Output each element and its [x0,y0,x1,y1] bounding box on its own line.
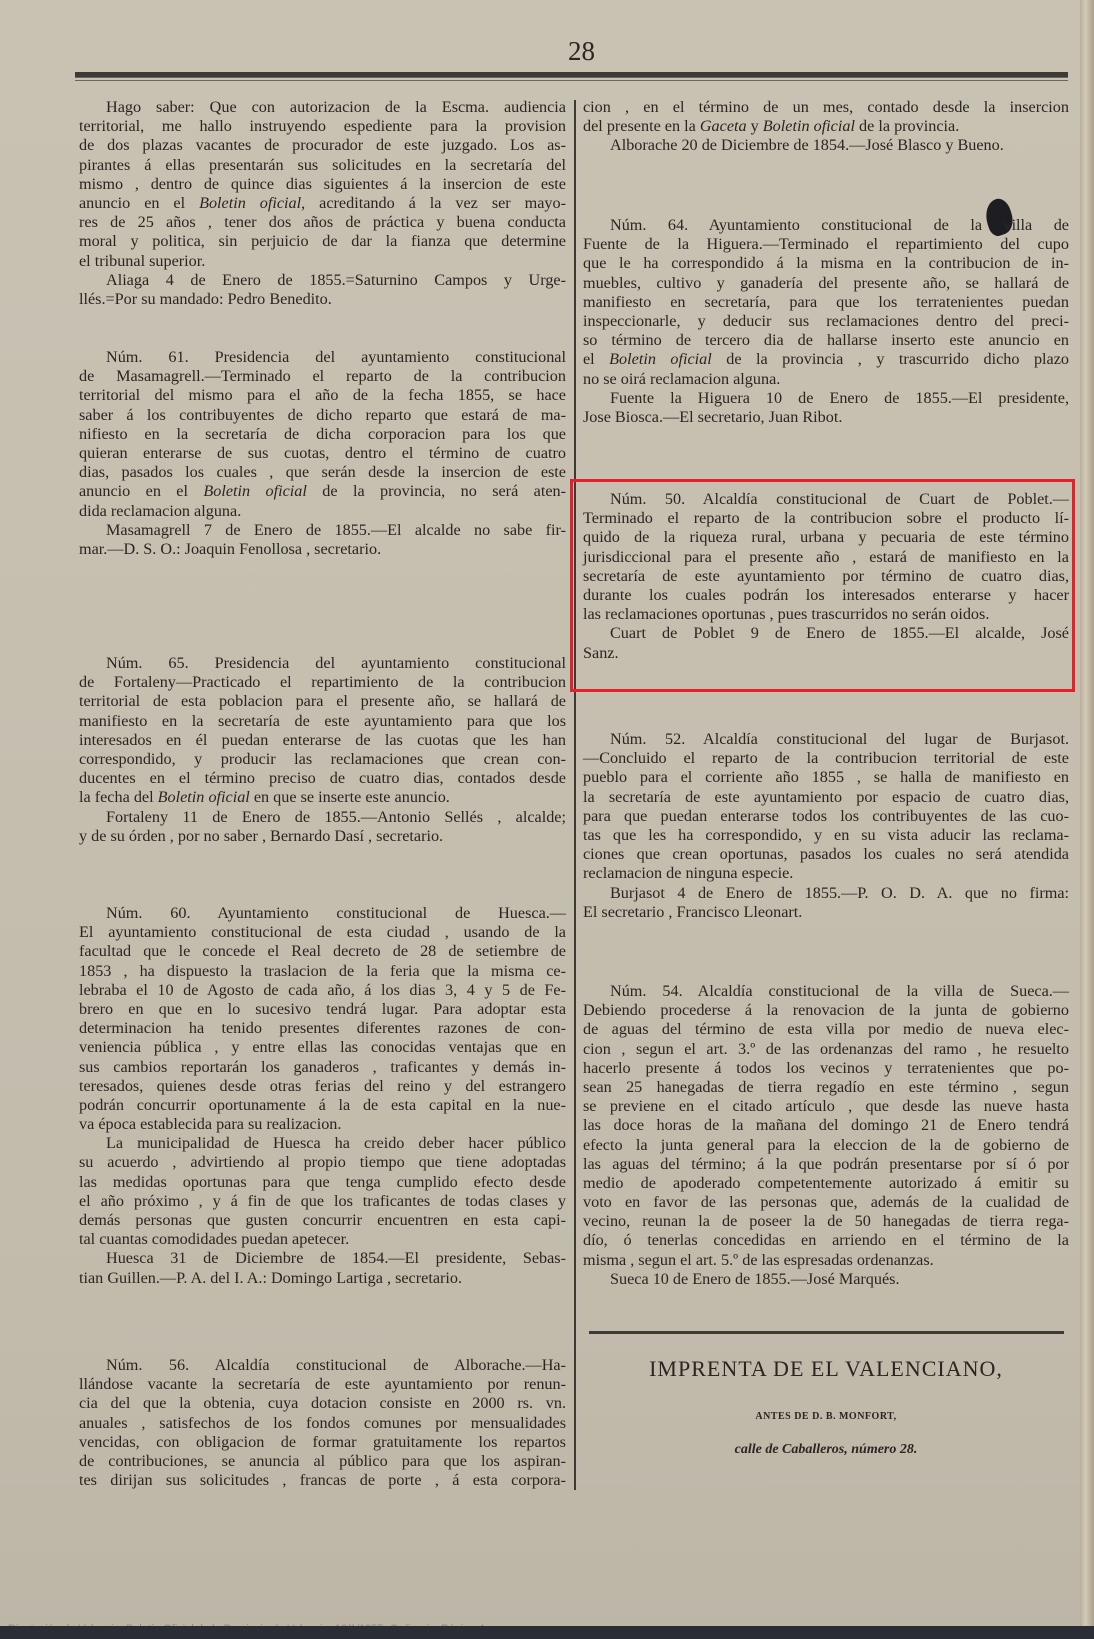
text-line: facultad que le concede el Real decreto … [79,942,566,961]
text-line: anuales , satisfechos de los fondos comu… [79,1414,566,1433]
text-line: veniencia pública , y entre ellas las co… [79,1038,566,1057]
imprint-rule [589,1331,1064,1334]
text-line: correspondido, y producir las reclamacio… [79,750,566,769]
text-line: territorial del mismo para el año de la … [79,386,566,405]
text-line: el año próximo , y á fin de que los traf… [79,1192,566,1211]
text-line: se previene en el citado artículo , que … [583,1097,1069,1116]
text-line: el Boletin oficial de la provincia , y t… [583,350,1069,369]
text-line: de Fortaleny—Practicado el repartimiento… [79,673,566,692]
text-line: de Masamagrell.—Terminado el reparto de … [79,367,566,386]
notice-aliaga: Hago saber: Que con autorizacion de la E… [79,98,566,309]
text-line: llándose vacante la secretaría de este a… [79,1375,566,1394]
text-line: sus cambios reportarán los ganaderos , t… [79,1058,566,1077]
text-line: vencidas, con obligacion de formar gratu… [79,1433,566,1452]
text-line: moral y politica, sin perjuicio de dar l… [79,232,566,251]
text-line: no se oirá reclamacion alguna. [583,370,1069,389]
text-line: medio de apoderado competentemente autor… [583,1174,1069,1193]
text-line: efecto la junta general para la eleccion… [583,1136,1069,1155]
text-line: Núm. 65. Presidencia del ayuntamiento co… [79,654,566,673]
text-line: misma , segun el art. 5.º de las espresa… [583,1251,1069,1270]
scan-bottom-edge [0,1626,1094,1639]
text-line: del presente en la Gaceta y Boletin ofic… [583,117,1069,136]
text-line: teresados, quienes desde otras ferias de… [79,1077,566,1096]
text-line: y de su órden , por no saber , Bernardo … [79,827,566,846]
text-line: demás personas que gusten concurrir encu… [79,1211,566,1230]
text-line: Núm. 61. Presidencia del ayuntamiento co… [79,348,566,367]
imprint-title: IMPRENTA DE EL VALENCIANO, [583,1356,1069,1382]
text-line: ciones que crean oportunas, pasados los … [583,845,1069,864]
text-line: Fuente de la Higuera.—Terminado el repar… [583,235,1069,254]
page-edge [1080,0,1094,1639]
column-divider [574,100,576,1490]
text-line: muebles, cultivo y ganadería del present… [583,274,1069,293]
text-line: territorial de esta poblacion para el pr… [79,692,566,711]
text-line: la fecha del Boletin oficial en que se i… [79,788,566,807]
text-line: —Concluido el reparto de la contribucion… [583,749,1069,768]
text-line: Fortaleny 11 de Enero de 1855.—Antonio S… [79,808,566,827]
text-line: Hago saber: Que con autorizacion de la E… [79,98,566,117]
text-line: 1853 , ha dispuesto la traslacion de la … [79,962,566,981]
text-line: Debiendo procederse á la renovacion de l… [583,1001,1069,1020]
text-line: anuncio en el Boletin oficial de la prov… [79,482,566,501]
text-line: las doce horas de la mañana del domingo … [583,1116,1069,1135]
text-line: hacerlo presente á todos los vecinos y t… [583,1059,1069,1078]
text-line: pueblo para el corriente año 1855 , se h… [583,768,1069,787]
text-line: las aguas del término; á la que podrán p… [583,1155,1069,1174]
text-line: Núm. 56. Alcaldía constitucional de Albo… [79,1356,566,1375]
text-line: de contribuciones, se anuncia al público… [79,1452,566,1471]
text-line: Sueca 10 de Enero de 1855.—José Marqués. [583,1270,1069,1289]
text-line: dias, pasados los cuales , que serán des… [79,463,566,482]
text-line: Fuente la Higuera 10 de Enero de 1855.—E… [583,389,1069,408]
text-line: para que puedan enterarse todos los cont… [583,807,1069,826]
text-line: quieran enterarse de sus cuotas, dentro … [79,444,566,463]
newspaper-page: 28 Hago saber: Que con autorizacion de l… [0,0,1094,1639]
notice-52: Núm. 52. Alcaldía constitucional del lug… [583,730,1069,922]
text-line: voto en favor de las personas que, ademá… [583,1193,1069,1212]
page-number: 28 [568,36,595,67]
text-line: determinacion ha tenido presentes difere… [79,1019,566,1038]
highlight-box [570,479,1075,692]
text-line: sean 25 hanegadas de tierra regadío en e… [583,1078,1069,1097]
text-line: Núm. 52. Alcaldía constitucional del lug… [583,730,1069,749]
text-line: cia del que la obtenia, cuya dotacion co… [79,1394,566,1413]
text-line: pirantes á ellas presentarán sus solicit… [79,156,566,175]
text-line: anuncio en el Boletin oficial, acreditan… [79,194,566,213]
text-line: de dos plazas vacantes de procurador de … [79,136,566,155]
text-line: tas que les ha correspondido, y en su vi… [583,826,1069,845]
text-line: lebraba el 10 de Agosto de cada año, á l… [79,981,566,1000]
text-line: Núm. 60. Ayuntamiento constitucional de … [79,904,566,923]
header-rule [75,72,1068,78]
text-line: dío, ó tenerlas concedidas en arriendo e… [583,1231,1069,1250]
text-line: res de 25 años , tener dos años de práct… [79,213,566,232]
imprint-address: calle de Caballeros, número 28. [583,1442,1069,1458]
imprint-subtitle: ANTES DE D. B. MONFORT, [583,1411,1069,1422]
text-line: dida reclamacion alguna. [79,502,566,521]
notice-54: Núm. 54. Alcaldía constitucional de la v… [583,982,1069,1289]
text-line: Núm. 54. Alcaldía constitucional de la v… [583,982,1069,1001]
text-line: podrán concurrir oportunamente á la de e… [79,1096,566,1115]
text-line: brero en que en lo sucesivo tendrá lugar… [79,1000,566,1019]
notice-65: Núm. 65. Presidencia del ayuntamiento co… [79,654,566,846]
text-line: so término de tercero dia de hallarse in… [583,331,1069,350]
text-line: cion , en el término de un mes, contado … [583,98,1069,117]
text-line: de aguas del término de esta villa por m… [583,1020,1069,1039]
text-line: Burjasot 4 de Enero de 1855.—P. O. D. A.… [583,884,1069,903]
text-line: El ayuntamiento constitucional de esta c… [79,923,566,942]
text-line: las medidas oportunas para que tenga cum… [79,1173,566,1192]
text-line: El secretario , Francisco Lleonart. [583,903,1069,922]
text-line: el tribunal superior. [79,252,566,271]
text-line: manifiesto en secretaría, para que los t… [583,293,1069,312]
text-line: la secretaría de este ayuntamiento por e… [583,788,1069,807]
text-line: vecino, reunan la de poseer la de 50 han… [583,1212,1069,1231]
text-line: Jose Biosca.—El secretario, Juan Ribot. [583,408,1069,427]
text-line: mismo , dentro de quince dias siguientes… [79,175,566,194]
header-rule-thin [75,80,1068,81]
notice-60: Núm. 60. Ayuntamiento constitucional de … [79,904,566,1288]
text-line: Aliaga 4 de Enero de 1855.=Saturnino Cam… [79,271,566,290]
notice-61: Núm. 61. Presidencia del ayuntamiento co… [79,348,566,559]
text-line: La municipalidad de Huesca ha creido deb… [79,1134,566,1153]
text-line: llés.=Por su mandado: Pedro Benedito. [79,290,566,309]
text-line: Masamagrell 7 de Enero de 1855.—El alcal… [79,521,566,540]
text-line: tian Guillen.—P. A. del I. A.: Domingo L… [79,1269,566,1288]
text-line: territorial, me hallo instruyendo espedi… [79,117,566,136]
text-line: Huesca 31 de Diciembre de 1854.—El presi… [79,1249,566,1268]
text-line: cion , segun el art. 3.º de las ordenanz… [583,1040,1069,1059]
text-line: inspeccionarle, y deducir sus reclamacio… [583,312,1069,331]
text-line: ducentes en el término preciso de cuatro… [79,769,566,788]
text-line: mar.—D. S. O.: Joaquin Fenollosa , secre… [79,540,566,559]
text-line: Núm. 64. Ayuntamiento constitucional de … [583,216,1069,235]
notice-56: Núm. 56. Alcaldía constitucional de Albo… [79,1356,566,1490]
text-line: va época establecida para su realizacion… [79,1115,566,1134]
text-line: nifiesto en la secretaría de dicha corpo… [79,425,566,444]
text-line: su acuerdo , advirtiendo al propio tiemp… [79,1153,566,1172]
text-line: tes dirijan sus solicitudes , francas de… [79,1471,566,1490]
text-line: Alborache 20 de Diciembre de 1854.—José … [583,136,1069,155]
text-line: manifiesto en la secretaría de este ayun… [79,712,566,731]
text-line: que le ha correspondido á la misma en la… [583,254,1069,273]
notice-64: Núm. 64. Ayuntamiento constitucional de … [583,216,1069,427]
text-line: interesados en él puedan enterarse de la… [79,731,566,750]
text-line: tal cuantas comodidades puedan apetecer. [79,1230,566,1249]
text-line: saber á los contribuyentes de dicho repa… [79,406,566,425]
text-line: reclamacion de ninguna especie. [583,864,1069,883]
notice-56-continued: cion , en el término de un mes, contado … [583,98,1069,156]
